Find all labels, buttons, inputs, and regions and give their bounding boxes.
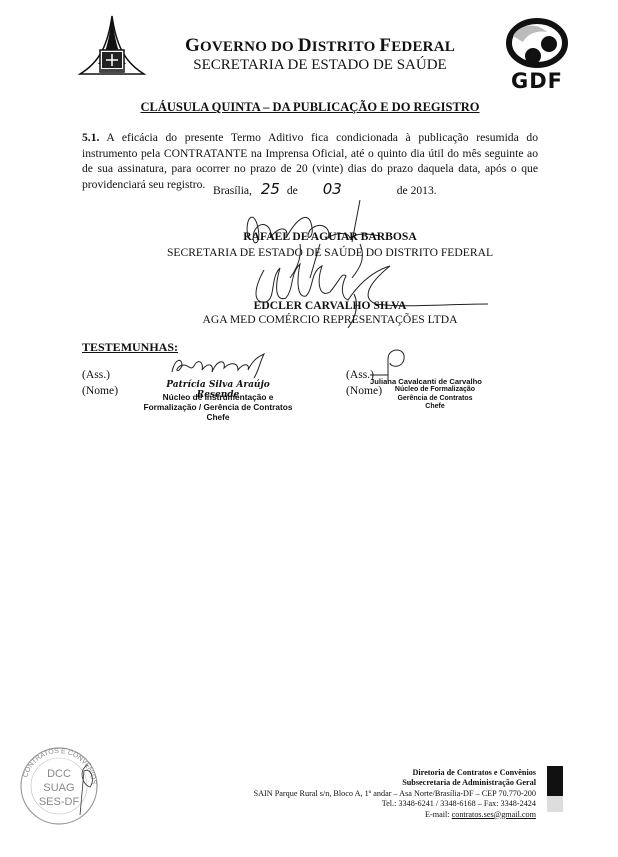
witness-2-name: Juliana Cavalcanti de Carvalho <box>370 377 515 386</box>
footer-address: Diretoria de Contratos e Convênios Subse… <box>200 768 536 820</box>
stamp-line: DCC <box>47 768 71 780</box>
date-day: 25 <box>261 180 280 198</box>
date-city: Brasília, <box>213 184 252 197</box>
witness-1-nome-label: (Nome) <box>82 384 118 397</box>
gdf-logo-text: GDF <box>497 69 577 93</box>
scan-marker <box>547 766 563 812</box>
witness-1-unit-line: Núcleo de Instrumentação e <box>138 392 298 402</box>
header-title: GOVERNO DO DISTRITO FEDERAL <box>150 35 490 57</box>
date-de: de <box>287 184 298 197</box>
footer-email-line: E-mail: contratos.ses@gmail.com <box>200 810 536 820</box>
witness-2-unit-line: Núcleo de Formalização <box>390 386 480 395</box>
signatory-2-role: AGA MED COMÉRCIO REPRESENTAÇÕES LTDA <box>130 313 530 326</box>
witness-1-unit: Núcleo de Instrumentação e Formalização … <box>138 392 298 422</box>
stamp-line: SUAG <box>43 782 74 794</box>
footer-line: Tel.: 3348-6241 / 3348-6168 – Fax: 3348-… <box>200 799 536 809</box>
footer-line: Diretoria de Contratos e Convênios <box>200 768 536 778</box>
footer-email-label: E-mail: <box>425 810 450 819</box>
signatory-2-name: EDCLER CARVALHO SILVA <box>160 299 500 312</box>
date-line: Brasília, 25 de 03 de 2013. <box>213 180 437 198</box>
witness-2-unit-line: Gerência de Contratos <box>390 395 480 404</box>
header-subtitle: SECRETARIA DE ESTADO DE SAÚDE <box>150 57 490 74</box>
date-year: de 2013. <box>397 184 437 197</box>
footer-line: SAIN Parque Rural s/n, Bloco A, 1º andar… <box>200 789 536 799</box>
gdf-emblem-icon <box>497 18 577 68</box>
witness-1-signature <box>168 352 278 382</box>
witnesses-heading: TESTEMUNHAS: <box>82 340 178 355</box>
witness-2-unit-line: Chefe <box>390 403 480 412</box>
brasilia-emblem-logo <box>78 14 146 84</box>
signatory-1-name: RAFAEL DE AGUIAR BARBOSA <box>160 230 500 243</box>
clause-item-number: 5.1. <box>82 131 99 144</box>
stamp-line: SES-DF <box>39 796 80 808</box>
witness-1-ass-label: (Ass.) <box>82 368 110 381</box>
witness-1-unit-line: Formalização / Gerência de Contratos <box>138 402 298 412</box>
gdf-logo: GDF <box>497 18 577 90</box>
date-month: 03 <box>323 180 342 198</box>
official-stamp: CONTRATOS E CONVÊNIOS DCC SUAG SES-DF <box>18 745 100 827</box>
clause-title: CLÁUSULA QUINTA – DA PUBLICAÇÃO E DO REG… <box>80 100 540 115</box>
footer-line: Subsecretaria de Administração Geral <box>200 778 536 788</box>
footer-email-link[interactable]: contratos.ses@gmail.com <box>452 810 536 819</box>
witness-2-unit: Núcleo de Formalização Gerência de Contr… <box>390 386 480 412</box>
witness-1-unit-line: Chefe <box>138 412 298 422</box>
